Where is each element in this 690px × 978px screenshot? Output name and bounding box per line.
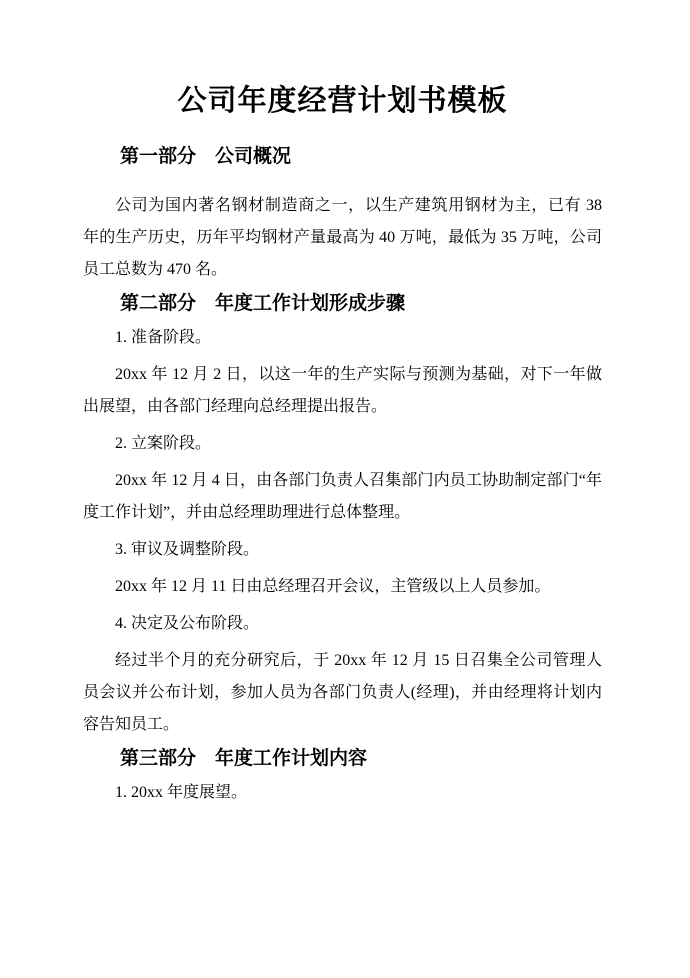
step-3-detail: 20xx 年 12 月 11 日由总经理召开会议，主管级以上人员参加。: [83, 571, 602, 603]
document-page: 公司年度经营计划书模板 第一部分 公司概况 公司为国内著名钢材制造商之一，以生产…: [0, 0, 690, 978]
document-title: 公司年度经营计划书模板: [83, 84, 602, 118]
section-heading-part2: 第二部分 年度工作计划形成步骤: [120, 291, 602, 317]
step-4-label: 4. 决定及公布阶段。: [83, 608, 602, 640]
section-heading-part1: 第一部分 公司概况: [120, 144, 602, 170]
company-overview-paragraph: 公司为国内著名钢材制造商之一，以生产建筑用钢材为主，已有 38 年的生产历史，历…: [83, 190, 602, 286]
part3-item-1: 1. 20xx 年度展望。: [83, 777, 602, 809]
step-2-label: 2. 立案阶段。: [83, 428, 602, 460]
step-2-detail: 20xx 年 12 月 4 日，由各部门负责人召集部门内员工协助制定部门“年度工…: [83, 465, 602, 529]
step-1-detail: 20xx 年 12 月 2 日，以这一年的生产实际与预测为基础，对下一年做出展望…: [83, 359, 602, 423]
section-heading-part3: 第三部分 年度工作计划内容: [120, 746, 602, 772]
step-4-detail: 经过半个月的充分研究后，于 20xx 年 12 月 15 日召集全公司管理人员会…: [83, 645, 602, 741]
step-3-label: 3. 审议及调整阶段。: [83, 534, 602, 566]
step-1-label: 1. 准备阶段。: [83, 322, 602, 354]
